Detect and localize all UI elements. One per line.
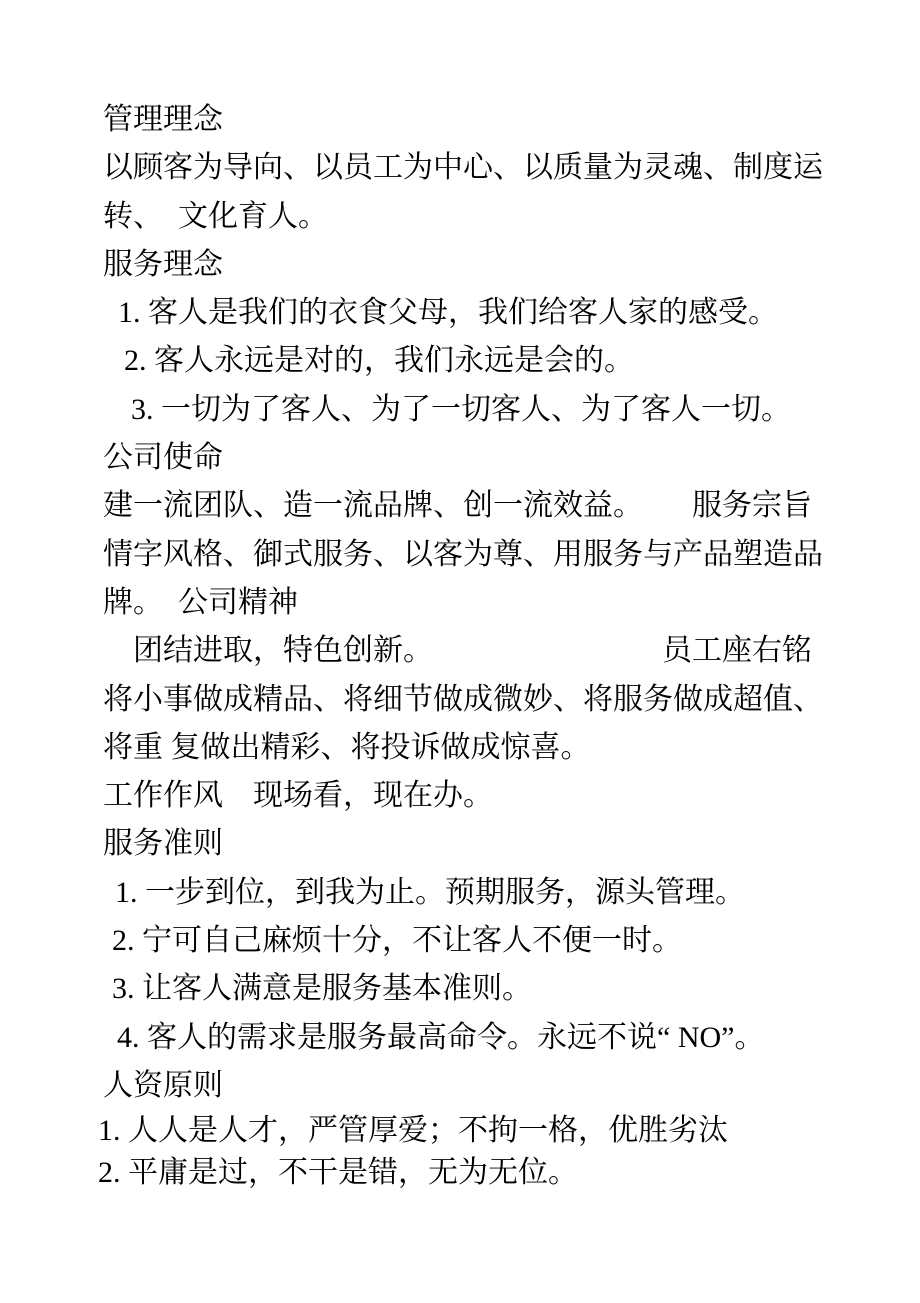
section-heading-management-concept: 管理理念 xyxy=(103,96,819,144)
line-text: 将小事做成精品、将细节做成微妙、将服务做成超值、 xyxy=(103,683,823,716)
line-text: 1. 客人是我们的衣食父母，我们给客人家的感受。 xyxy=(118,296,778,329)
heading-text: 服务准则 xyxy=(103,827,223,860)
line-text: 团结进取，特色创新。 xyxy=(133,627,433,675)
line-text: 牌。 公司精神 xyxy=(103,586,298,619)
section-heading-company-mission: 公司使命 xyxy=(103,434,819,482)
list-item: 2. 宁可自己麻烦十分，不让客人不便一时。 xyxy=(103,917,819,965)
heading-text: 人资原则 xyxy=(103,1069,223,1102)
list-item: 3. 一切为了客人、为了一切客人、为了客人一切。 xyxy=(103,386,819,434)
section-heading-service-concept: 服务理念 xyxy=(103,241,819,289)
section-heading-hr-principles: 人资原则 xyxy=(103,1062,819,1110)
inline-heading-service-tenet: 服务宗旨 xyxy=(692,482,819,530)
line-text: 3. 让客人满意是服务基本准则。 xyxy=(112,972,532,1005)
body-line: 将小事做成精品、将细节做成微妙、将服务做成超值、 xyxy=(103,676,819,724)
list-item: 4. 客人的需求是服务最高命令。永远不说“ NO”。 xyxy=(103,1014,819,1062)
inline-heading-employee-motto: 员工座右铭 xyxy=(662,627,819,675)
body-line: 以顾客为导向、以员工为中心、以质量为灵魂、制度运 xyxy=(103,144,819,192)
heading-text: 公司使命 xyxy=(103,441,223,474)
heading-text: 管理理念 xyxy=(103,103,223,136)
line-text: 3. 一切为了客人、为了一切客人、为了客人一切。 xyxy=(131,393,791,426)
body-line: 团结进取，特色创新。 员工座右铭 xyxy=(103,627,819,675)
body-line: 将重 复做出精彩、将投诉做成惊喜。 xyxy=(103,724,819,772)
line-text: 1. 一步到位，到我为止。预期服务，源头管理。 xyxy=(115,876,745,909)
section-heading-service-rules: 服务准则 xyxy=(103,820,819,868)
body-line-work-style: 工作作风 现场看，现在办。 xyxy=(103,772,819,820)
list-item: 2. 平庸是过，不干是错，无为无位。 xyxy=(98,1151,819,1195)
line-text: 情字风格、御式服务、以客为尊、用服务与产品塑造品 xyxy=(103,538,823,571)
document-body: 管理理念 以顾客为导向、以员工为中心、以质量为灵魂、制度运 转、 文化育人。 服… xyxy=(103,96,819,1195)
list-item: 2. 客人永远是对的，我们永远是会的。 xyxy=(103,337,819,385)
line-text: 以顾客为导向、以员工为中心、以质量为灵魂、制度运 xyxy=(103,151,823,184)
heading-text: 服务理念 xyxy=(103,248,223,281)
body-line: 转、 文化育人。 xyxy=(103,193,819,241)
line-text: 1. 人人是人才，严管厚爱；不拘一格，优胜劣汰 xyxy=(98,1114,728,1147)
line-text: 2. 宁可自己麻烦十分，不让客人不便一时。 xyxy=(112,924,682,957)
list-item: 3. 让客人满意是服务基本准则。 xyxy=(103,965,819,1013)
line-text: 4. 客人的需求是服务最高命令。永远不说“ NO”。 xyxy=(117,1021,764,1054)
list-item: 1. 人人是人才，严管厚爱；不拘一格，优胜劣汰 xyxy=(98,1110,819,1151)
list-item: 1. 客人是我们的衣食父母，我们给客人家的感受。 xyxy=(103,289,819,337)
line-text: 2. 平庸是过，不干是错，无为无位。 xyxy=(98,1156,578,1189)
line-text: 2. 客人永远是对的，我们永远是会的。 xyxy=(124,344,634,377)
body-line: 牌。 公司精神 xyxy=(103,579,819,627)
line-text: 转、 文化育人。 xyxy=(103,200,328,233)
body-line: 建一流团队、造一流品牌、创一流效益。 服务宗旨 xyxy=(103,482,819,530)
line-text: 建一流团队、造一流品牌、创一流效益。 xyxy=(103,482,643,530)
line-text: 工作作风 现场看，现在办。 xyxy=(103,779,493,812)
body-line: 情字风格、御式服务、以客为尊、用服务与产品塑造品 xyxy=(103,531,819,579)
list-item: 1. 一步到位，到我为止。预期服务，源头管理。 xyxy=(103,869,819,917)
document-page: 管理理念 以顾客为导向、以员工为中心、以质量为灵魂、制度运 转、 文化育人。 服… xyxy=(0,0,920,1303)
line-text: 将重 复做出精彩、将投诉做成惊喜。 xyxy=(103,731,591,764)
